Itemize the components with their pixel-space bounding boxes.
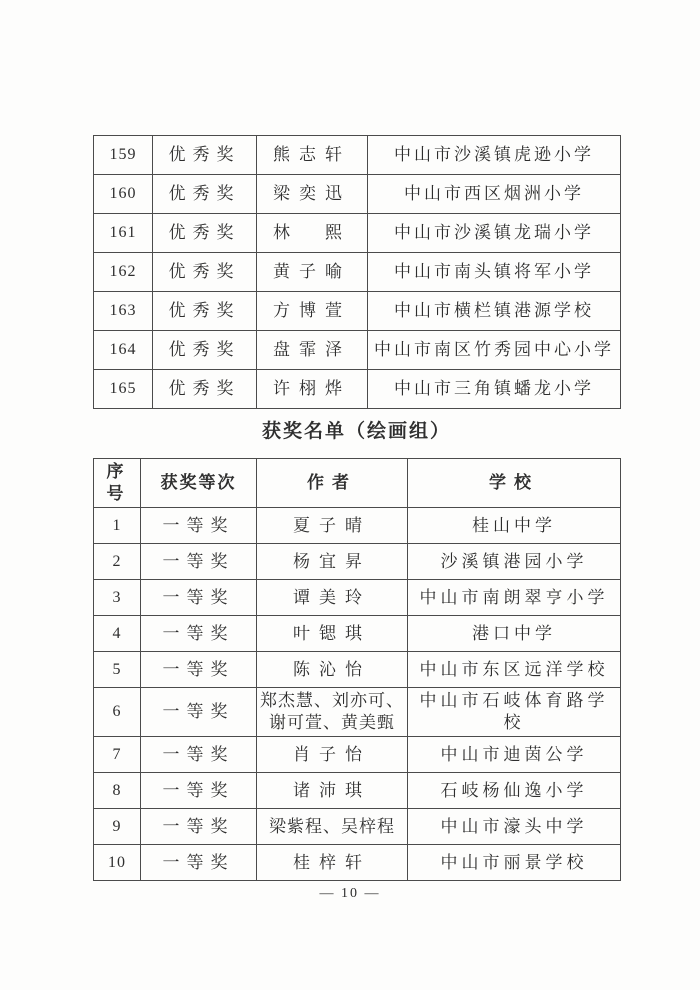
table-row: 10一等奖桂梓轩中山市丽景学校	[94, 845, 621, 881]
cell-author: 郑杰慧、刘亦可、谢可萱、黄美甄	[257, 688, 408, 737]
cell-award: 一等奖	[141, 508, 257, 544]
table-row: 2一等奖杨宜昇沙溪镇港园小学	[94, 544, 621, 580]
cell-award: 一等奖	[141, 616, 257, 652]
table-row: 165优秀奖许栩烨中山市三角镇蟠龙小学	[94, 370, 621, 409]
cell-author: 熊志轩	[257, 136, 368, 175]
cell-no: 159	[94, 136, 153, 175]
cell-award: 优秀奖	[153, 136, 257, 175]
cell-award: 一等奖	[141, 652, 257, 688]
table-row: 5一等奖陈沁怡中山市东区远洋学校	[94, 652, 621, 688]
cell-school: 中山市濠头中学	[408, 809, 621, 845]
cell-school: 港口中学	[408, 616, 621, 652]
cell-no: 5	[94, 652, 141, 688]
table-header-row: 序号 获奖等次 作者 学校	[94, 459, 621, 508]
cell-author: 桂梓轩	[257, 845, 408, 881]
cell-award: 优秀奖	[153, 214, 257, 253]
header-no: 序号	[94, 459, 141, 508]
cell-author: 诸沛琪	[257, 773, 408, 809]
cell-school: 中山市石岐体育路学校	[408, 688, 621, 737]
cell-school: 中山市沙溪镇龙瑞小学	[368, 214, 621, 253]
cell-award: 优秀奖	[153, 370, 257, 409]
cell-no: 2	[94, 544, 141, 580]
document-page: 159优秀奖熊志轩中山市沙溪镇虎逊小学160优秀奖梁奕迅中山市西区烟洲小学161…	[0, 0, 700, 990]
table-row: 162优秀奖黄子喻中山市南头镇将军小学	[94, 253, 621, 292]
section-title-painting-group: 获奖名单（绘画组）	[93, 418, 620, 446]
cell-award: 一等奖	[141, 809, 257, 845]
header-award: 获奖等次	[141, 459, 257, 508]
cell-school: 中山市三角镇蟠龙小学	[368, 370, 621, 409]
cell-school: 中山市横栏镇港源学校	[368, 292, 621, 331]
table-row: 163优秀奖方博萱中山市横栏镇港源学校	[94, 292, 621, 331]
cell-no: 7	[94, 737, 141, 773]
cell-author: 林 熙	[257, 214, 368, 253]
header-author: 作者	[257, 459, 408, 508]
cell-no: 165	[94, 370, 153, 409]
cell-school: 中山市南头镇将军小学	[368, 253, 621, 292]
cell-author: 谭美玲	[257, 580, 408, 616]
table-row: 8一等奖诸沛琪石岐杨仙逸小学	[94, 773, 621, 809]
cell-author: 方博萱	[257, 292, 368, 331]
cell-no: 162	[94, 253, 153, 292]
cell-no: 163	[94, 292, 153, 331]
cell-school: 沙溪镇港园小学	[408, 544, 621, 580]
table-row: 3一等奖谭美玲中山市南朗翠亨小学	[94, 580, 621, 616]
table-row: 159优秀奖熊志轩中山市沙溪镇虎逊小学	[94, 136, 621, 175]
cell-author: 许栩烨	[257, 370, 368, 409]
table-row: 9一等奖梁紫程、吴梓程中山市濠头中学	[94, 809, 621, 845]
cell-award: 一等奖	[141, 845, 257, 881]
award-table-continued: 159优秀奖熊志轩中山市沙溪镇虎逊小学160优秀奖梁奕迅中山市西区烟洲小学161…	[93, 135, 621, 409]
table-row: 7一等奖肖子怡中山市迪茵公学	[94, 737, 621, 773]
cell-author: 黄子喻	[257, 253, 368, 292]
cell-author: 陈沁怡	[257, 652, 408, 688]
cell-school: 石岐杨仙逸小学	[408, 773, 621, 809]
cell-no: 1	[94, 508, 141, 544]
cell-author: 夏子晴	[257, 508, 408, 544]
cell-no: 160	[94, 175, 153, 214]
table-row: 6一等奖郑杰慧、刘亦可、谢可萱、黄美甄中山市石岐体育路学校	[94, 688, 621, 737]
cell-author: 叶锶琪	[257, 616, 408, 652]
cell-no: 164	[94, 331, 153, 370]
cell-no: 9	[94, 809, 141, 845]
cell-school: 中山市丽景学校	[408, 845, 621, 881]
header-school: 学校	[408, 459, 621, 508]
cell-award: 一等奖	[141, 544, 257, 580]
cell-author: 杨宜昇	[257, 544, 408, 580]
table-row: 160优秀奖梁奕迅中山市西区烟洲小学	[94, 175, 621, 214]
page-number: — 10 —	[0, 886, 700, 902]
cell-author: 梁奕迅	[257, 175, 368, 214]
table-row: 164优秀奖盘霏泽中山市南区竹秀园中心小学	[94, 331, 621, 370]
table-row: 161优秀奖林 熙中山市沙溪镇龙瑞小学	[94, 214, 621, 253]
cell-no: 161	[94, 214, 153, 253]
cell-school: 中山市沙溪镇虎逊小学	[368, 136, 621, 175]
cell-award: 优秀奖	[153, 292, 257, 331]
cell-school: 中山市迪茵公学	[408, 737, 621, 773]
cell-award: 一等奖	[141, 580, 257, 616]
cell-school: 中山市西区烟洲小学	[368, 175, 621, 214]
cell-author: 肖子怡	[257, 737, 408, 773]
cell-school: 中山市南朗翠亨小学	[408, 580, 621, 616]
cell-no: 3	[94, 580, 141, 616]
cell-no: 10	[94, 845, 141, 881]
cell-school: 中山市东区远洋学校	[408, 652, 621, 688]
cell-no: 6	[94, 688, 141, 737]
cell-author: 梁紫程、吴梓程	[257, 809, 408, 845]
table-row: 1一等奖夏子晴桂山中学	[94, 508, 621, 544]
cell-award: 一等奖	[141, 688, 257, 737]
cell-school: 桂山中学	[408, 508, 621, 544]
cell-award: 一等奖	[141, 773, 257, 809]
cell-award: 优秀奖	[153, 175, 257, 214]
table-row: 4一等奖叶锶琪港口中学	[94, 616, 621, 652]
cell-school: 中山市南区竹秀园中心小学	[368, 331, 621, 370]
cell-no: 8	[94, 773, 141, 809]
cell-award: 优秀奖	[153, 253, 257, 292]
cell-no: 4	[94, 616, 141, 652]
painting-award-table: 序号 获奖等次 作者 学校 1一等奖夏子晴桂山中学2一等奖杨宜昇沙溪镇港园小学3…	[93, 458, 621, 881]
cell-award: 优秀奖	[153, 331, 257, 370]
cell-award: 一等奖	[141, 737, 257, 773]
cell-author: 盘霏泽	[257, 331, 368, 370]
